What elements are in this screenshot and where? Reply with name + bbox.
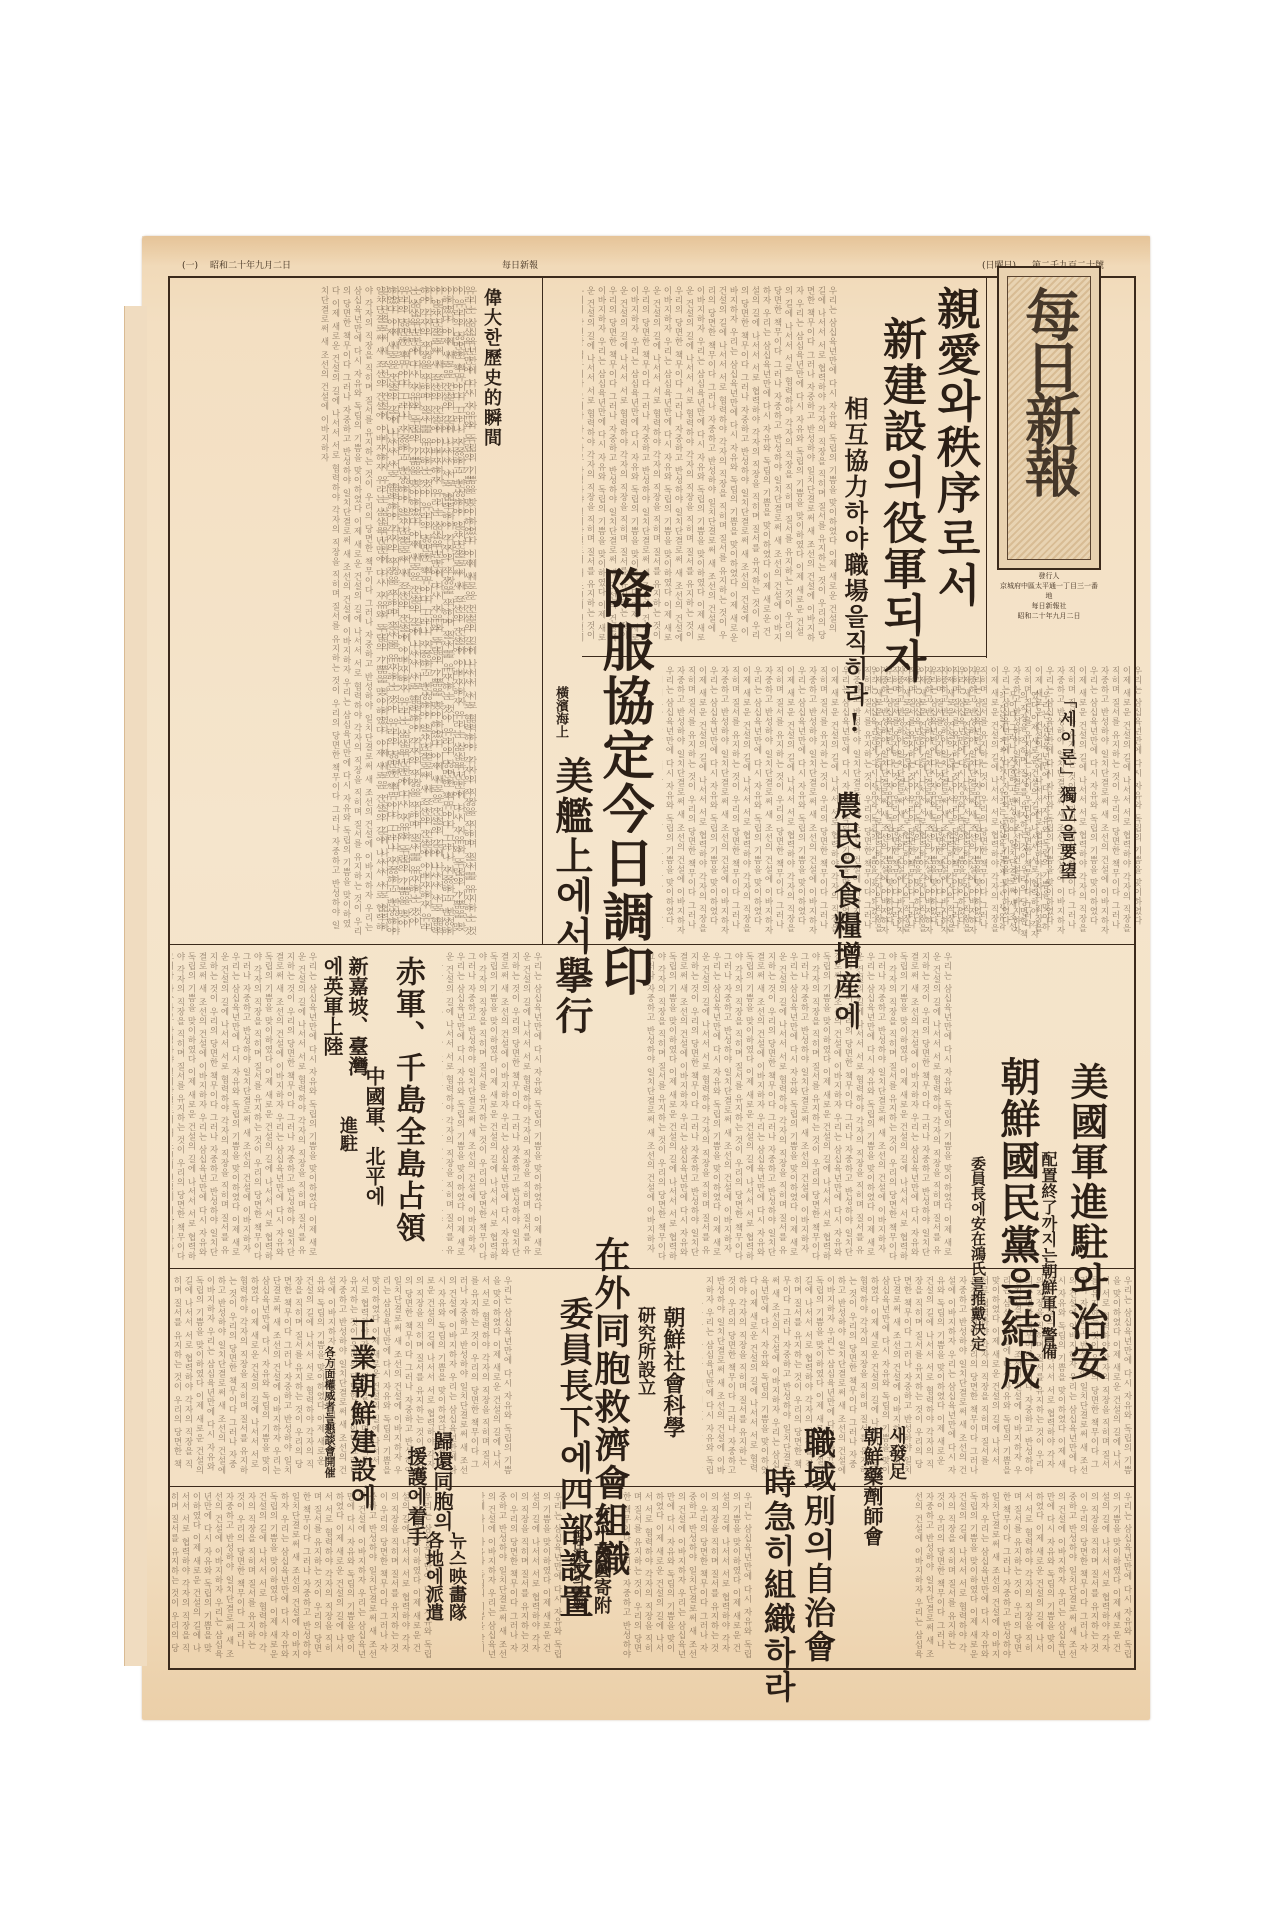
imprint-date: 昭和二十年九月二日 — [997, 611, 1101, 621]
subhead-self-govt: 時急히組織하라 — [762, 1466, 794, 1704]
imprint-block: 發行人 京城府中區太平通一丁目三一番地 每日新報社 昭和二十年九月二日 — [997, 571, 1101, 621]
headline-china-army: 中國軍、北平에 — [364, 1066, 384, 1206]
headline-donation: 五十萬圓寄附 — [592, 1506, 610, 1614]
imprint-line: 京城府中區太平通一丁目三一番地 — [997, 581, 1101, 601]
headline-red-army: 赤軍、千島全島占領 — [392, 956, 422, 1244]
right-rule — [1134, 276, 1136, 1670]
subhead-tag-yokohama: 橫濱海上 — [554, 686, 567, 738]
page-header: (一) 昭和二十年九月二日 每日新報 (日曜日) 第二千九百二十號 — [182, 256, 1136, 274]
masthead-title: 每日新報 — [1009, 286, 1089, 494]
article-text: 우리는 삼십육년만에 다시 자유와 독립의 기쁨을 맞이하였다 이제 새로운 건… — [552, 952, 952, 1262]
subhead-pharmacists: 새發足 — [887, 1426, 905, 1480]
article-text: 우리는 삼십육년만에 다시 자유와 독립의 기쁨을 맞이하였다 이제 새로운 건… — [702, 1276, 1132, 1476]
imprint-line: 發行人 — [997, 571, 1101, 581]
imprint-line: 每日新報社 — [997, 601, 1101, 611]
headline-self-govt: 職域別의自治會 — [802, 1426, 834, 1664]
headline-social-science: 朝鮮社會科學 — [662, 1306, 684, 1438]
masthead: 每日新報 — [997, 266, 1101, 570]
headline-returnees: 歸還同胞의 — [432, 1431, 452, 1531]
v-rule-1 — [542, 278, 543, 944]
subhead-donation: 金性洙氏의義擧 — [572, 1526, 584, 1610]
article-text: 우리는 삼십육년만에 다시 자유와 독립의 기쁨을 맞이하였다 이제 새로운 건… — [622, 1492, 752, 1662]
header-paper-name: 每日新報 — [502, 258, 538, 271]
newspaper-page: (一) 昭和二十年九月二日 每日新報 (日曜日) 第二千九百二十號 每日新報 發… — [142, 236, 1150, 1720]
article-text: 우리는 삼십육년만에 다시 자유와 독립의 기쁨을 맞이하였다 이제 새로운 건… — [172, 952, 317, 1262]
v-rule-2 — [986, 278, 987, 658]
article-text: 우리는 삼십육년만에 다시 자유와 독립의 기쁨을 맞이하였다 이제 새로운 건… — [912, 1492, 1132, 1662]
article-text: 우리는 삼십육년만에 다시 자유와 독립의 기쁨을 맞이하였다 이제 새로운 건… — [872, 666, 1142, 936]
page-number: (一) — [182, 258, 198, 271]
subhead-industry: 各方面權威者들懇談會開催 — [324, 1346, 335, 1478]
bottom-rule — [168, 1668, 1136, 1670]
subhead-social-science: 研究所設立 — [636, 1306, 654, 1396]
headline-singapore: 新嘉坡、臺灣 — [347, 956, 367, 1076]
subhead-newsreel: 各地에派遣 — [424, 1531, 442, 1621]
headline-pharmacists: 朝鮮藥劑師會 — [862, 1426, 882, 1546]
h-rule-2 — [168, 1268, 1136, 1269]
top-rule — [168, 276, 1136, 278]
article-text: 우리는 삼십육년만에 다시 자유와 독립의 기쁨을 맞이하였다 이제 새로운 건… — [172, 1276, 512, 1476]
left-rule — [168, 276, 170, 1670]
article-text: 우리는 삼십육년만에 다시 자유와 독립의 기쁨을 맞이하였다 이제 새로운 건… — [442, 952, 542, 1262]
headline-newsreel: 뉴스映畵隊 — [447, 1531, 465, 1621]
article-text: 우리는 삼십육년만에 다시 자유와 독립의 기쁨을 맞이하였다 이제 새로운 건… — [482, 1492, 562, 1662]
header-date: 昭和二十年九月二日 — [210, 258, 291, 271]
headline-history: 偉大한歷史的瞬間 — [482, 288, 500, 448]
subhead-china-army: 進駐 — [338, 1116, 356, 1152]
article-text: 우리는 삼십육년만에 다시 자유와 독립의 기쁨을 맞이하였다 이제 새로운 건… — [382, 286, 477, 936]
headline-editorial-1: 親愛와秩序로서 — [932, 286, 976, 608]
headline-industry: 工業朝鮮建設에 — [348, 1316, 374, 1512]
headline-surrender: 降服協定今日調印 — [597, 566, 649, 998]
article-text: 우리는 삼십육년만에 다시 자유와 독립의 기쁨을 맞이하였다 이제 새로운 건… — [172, 1492, 432, 1662]
headline-editorial-2: 新建設의役軍되자 — [878, 316, 922, 684]
subhead-singapore: 에英軍上陸 — [322, 956, 342, 1056]
h-rule-3 — [168, 1486, 1136, 1487]
